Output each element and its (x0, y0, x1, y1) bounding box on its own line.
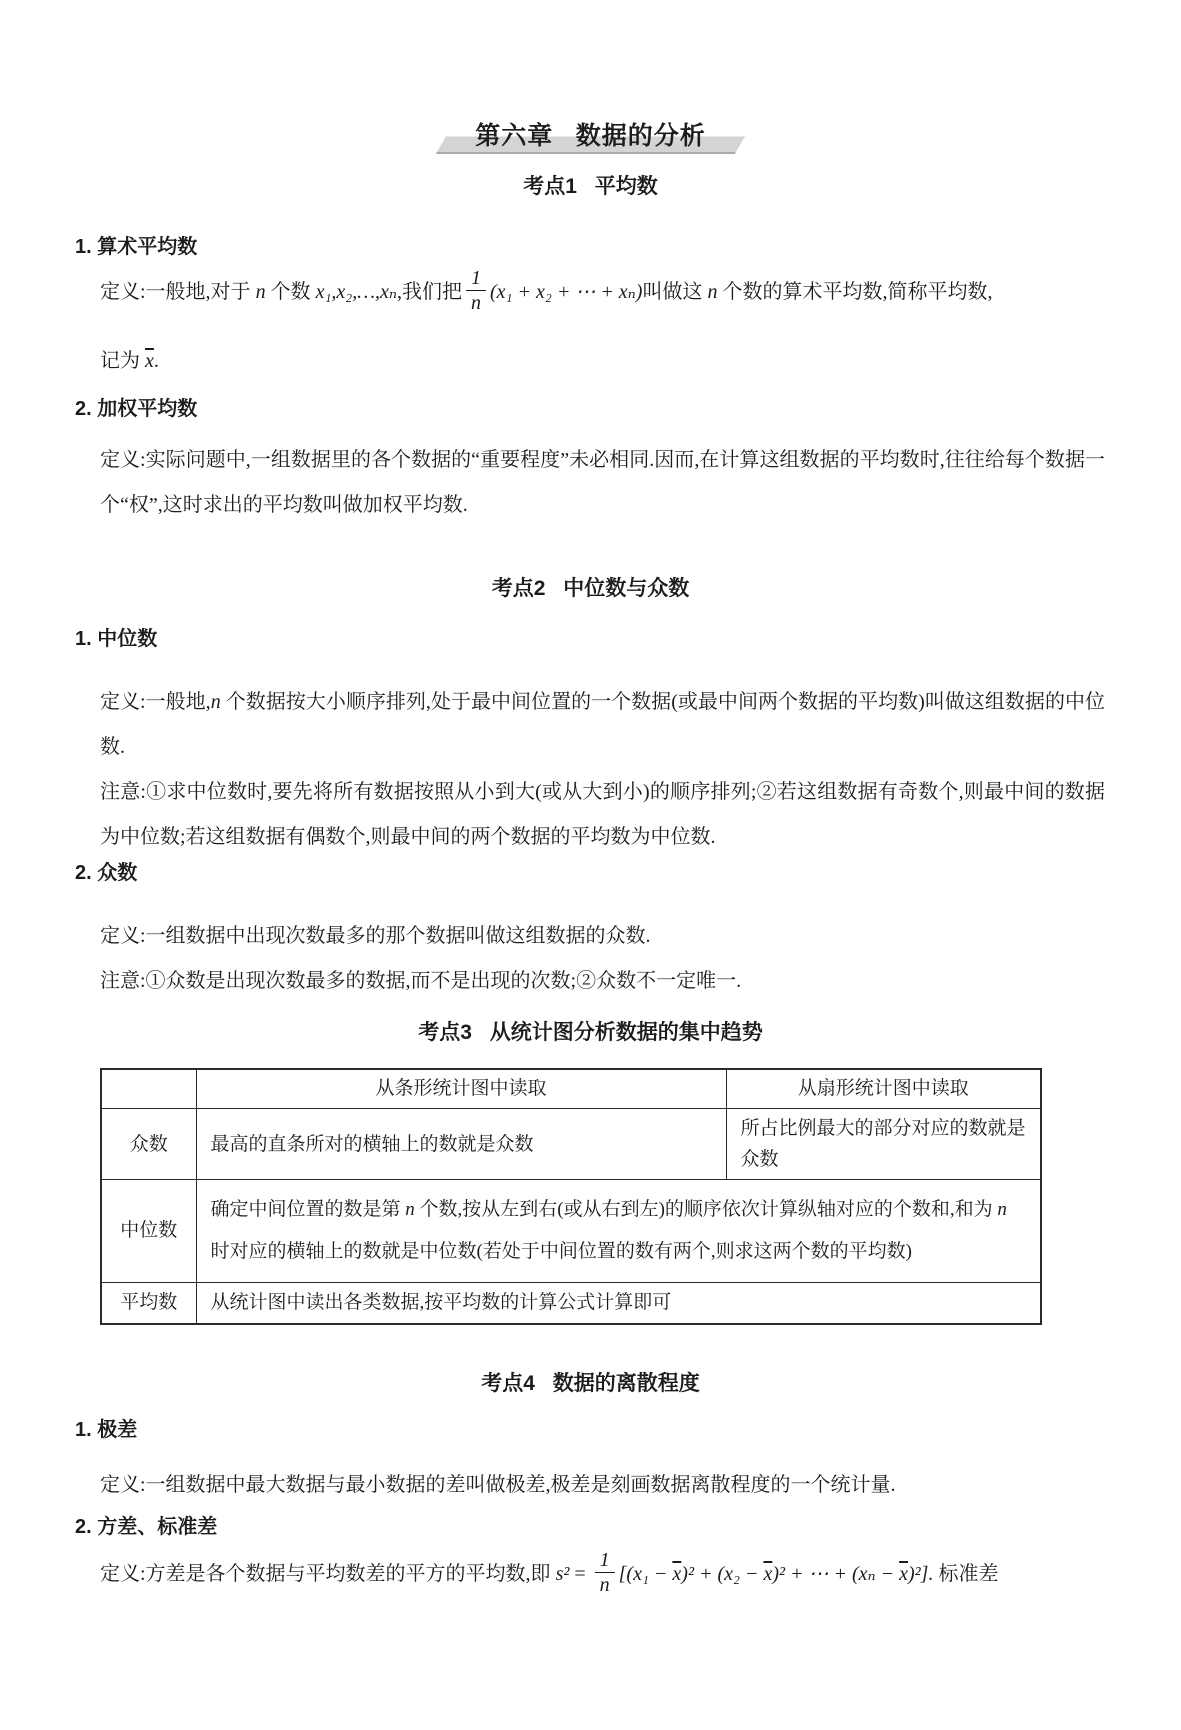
fraction-1-over-n: 1n (466, 267, 486, 314)
mean-from-charts: 从统计图中读出各类数据,按平均数的计算公式计算即可 (196, 1283, 1041, 1325)
subheading-arithmetic-mean: 1. 算术平均数 (75, 234, 1181, 260)
note-mode: 注意:①众数是出现次数最多的数据,而不是出现的次数;②众数不一定唯一. (100, 959, 1105, 1004)
math-xbar: x (145, 350, 154, 372)
text-run: . (154, 350, 159, 372)
math-sum: (x₁ + x₂ + ⋯ + xₙ) (490, 281, 642, 303)
fraction-numerator: 1 (466, 267, 486, 291)
row-label-mean: 平均数 (101, 1283, 196, 1325)
table-row-mean: 平均数 从统计图中读出各类数据,按平均数的计算公式计算即可 (101, 1283, 1041, 1325)
text-run: 个数 (266, 281, 316, 303)
chapter-banner: 第六章数据的分析 (441, 118, 740, 154)
table-row-mode: 众数 最高的直条所对的横轴上的数就是众数 所占比例最大的部分对应的数就是众数 (101, 1109, 1041, 1180)
subheading-median: 1. 中位数 (75, 626, 1181, 652)
text-run: 记为 (100, 350, 145, 372)
math-run: )²]. (908, 1563, 933, 1585)
median-from-charts: 确定中间位置的数是第 n 个数,按从左到右(或从右到左)的顺序依次计算纵轴对应的… (196, 1180, 1041, 1283)
table-header-pie-chart: 从扇形统计图中读取 (726, 1069, 1041, 1109)
math-xbar: x (672, 1563, 681, 1585)
math-var-n: n (211, 691, 221, 713)
kp1-badge: 考点1 (523, 175, 577, 198)
row-label-median: 中位数 (101, 1180, 196, 1283)
text-run: 标准差 (933, 1563, 998, 1585)
table-header-bar-chart: 从条形统计图中读取 (196, 1069, 726, 1109)
text-run: 个数据按大小顺序排列,处于最中间位置的一个数据(或最中间两个数据的平均数)叫做这… (100, 691, 1105, 758)
kp4-title: 数据的离散程度 (553, 1372, 700, 1395)
text-run: 个数的算术平均数,简称平均数, (717, 281, 992, 303)
central-tendency-table: 从条形统计图中读取 从扇形统计图中读取 众数 最高的直条所对的横轴上的数就是众数… (100, 1068, 1042, 1325)
fraction-denominator: n (471, 291, 481, 314)
text-run: 定义:方差是各个数据与平均数差的平方的平均数,即 (100, 1563, 556, 1585)
notation-xbar: 记为 x. (100, 339, 1105, 384)
text-run: 确定中间位置的数是第 (211, 1199, 406, 1220)
text-run: = (569, 1563, 590, 1585)
kp1-title: 平均数 (595, 175, 658, 198)
chapter-number: 第六章 (475, 122, 553, 150)
math-var-n: n (405, 1199, 415, 1220)
text-run: 个数,按从左到右(或从右到左)的顺序依次计算纵轴对应的个数和,和为 (415, 1199, 998, 1220)
mode-from-bar-chart: 最高的直条所对的横轴上的数就是众数 (196, 1109, 726, 1180)
definition-range: 定义:一组数据中最大数据与最小数据的差叫做极差,极差是刻画数据离散程度的一个统计… (100, 1463, 1105, 1508)
text-run: 时对应的横轴上的数就是中位数(若处于中间位置的数有两个,则求这两个数的平均数) (211, 1241, 912, 1262)
chapter-title: 第六章数据的分析 (475, 118, 706, 154)
section-heading-kp3: 考点3从统计图分析数据的集中趋势 (0, 1020, 1181, 1046)
definition-median: 定义:一般地,n 个数据按大小顺序排列,处于最中间位置的一个数据(或最中间两个数… (100, 680, 1105, 770)
definition-variance: 定义:方差是各个数据与平均数差的平方的平均数,即 s² = 1n[(x₁ − x… (100, 1552, 1105, 1599)
section-heading-kp2: 考点2中位数与众数 (0, 576, 1181, 602)
subheading-weighted-mean: 2. 加权平均数 (75, 396, 1181, 422)
math-sequence: x₁,x₂,…,xₙ (316, 281, 397, 303)
fraction-denominator: n (600, 1573, 610, 1596)
kp3-title: 从统计图分析数据的集中趋势 (490, 1021, 763, 1044)
fraction-numerator: 1 (595, 1549, 615, 1573)
text-run: 定义:一般地,对于 (100, 281, 256, 303)
math-run: )² + ⋯ + (xₙ − (772, 1563, 899, 1585)
note-median: 注意:①求中位数时,要先将所有数据按照从小到大(或从大到小)的顺序排列;②若这组… (100, 770, 1105, 860)
subheading-range: 1. 极差 (75, 1417, 1181, 1443)
kp4-badge: 考点4 (481, 1372, 535, 1395)
kp2-badge: 考点2 (492, 577, 546, 600)
math-var-n: n (707, 281, 717, 303)
math-run: [(x₁ − (619, 1563, 673, 1585)
math-var-n: n (997, 1199, 1007, 1220)
fraction-1-over-n: 1n (595, 1549, 615, 1596)
math-xbar: x (763, 1563, 772, 1585)
math-xbar: x (899, 1563, 908, 1585)
table-header-row: 从条形统计图中读取 从扇形统计图中读取 (101, 1069, 1041, 1109)
row-label-mode: 众数 (101, 1109, 196, 1180)
section-heading-kp4: 考点4数据的离散程度 (0, 1371, 1181, 1397)
text-run: 定义:一般地, (100, 691, 211, 713)
math-run: )² + (x₂ − (681, 1563, 763, 1585)
section-heading-kp1: 考点1平均数 (0, 174, 1181, 200)
mode-from-pie-chart: 所占比例最大的部分对应的数就是众数 (726, 1109, 1041, 1180)
table-row-median: 中位数 确定中间位置的数是第 n 个数,按从左到右(或从右到左)的顺序依次计算纵… (101, 1180, 1041, 1283)
subheading-variance-stddev: 2. 方差、标准差 (75, 1514, 1181, 1540)
definition-mode: 定义:一组数据中出现次数最多的那个数据叫做这组数据的众数. (100, 914, 1105, 959)
definition-arithmetic-mean: 定义:一般地,对于 n 个数 x₁,x₂,…,xₙ,我们把1n(x₁ + x₂ … (100, 270, 1105, 317)
definition-weighted-mean: 定义:实际问题中,一组数据里的各个数据的“重要程度”未必相同.因而,在计算这组数… (100, 438, 1105, 528)
text-run: 叫做这 (642, 281, 707, 303)
subheading-mode: 2. 众数 (75, 860, 1181, 886)
table-header-empty (101, 1069, 196, 1109)
textbook-page: 第六章数据的分析 考点1平均数 1. 算术平均数 定义:一般地,对于 n 个数 … (0, 0, 1181, 1730)
math-s-squared: s² (556, 1563, 570, 1585)
chapter-name: 数据的分析 (576, 122, 706, 150)
text-run: ,我们把 (397, 281, 462, 303)
math-var-n: n (256, 281, 266, 303)
kp3-badge: 考点3 (418, 1021, 472, 1044)
kp2-title: 中位数与众数 (563, 577, 689, 600)
